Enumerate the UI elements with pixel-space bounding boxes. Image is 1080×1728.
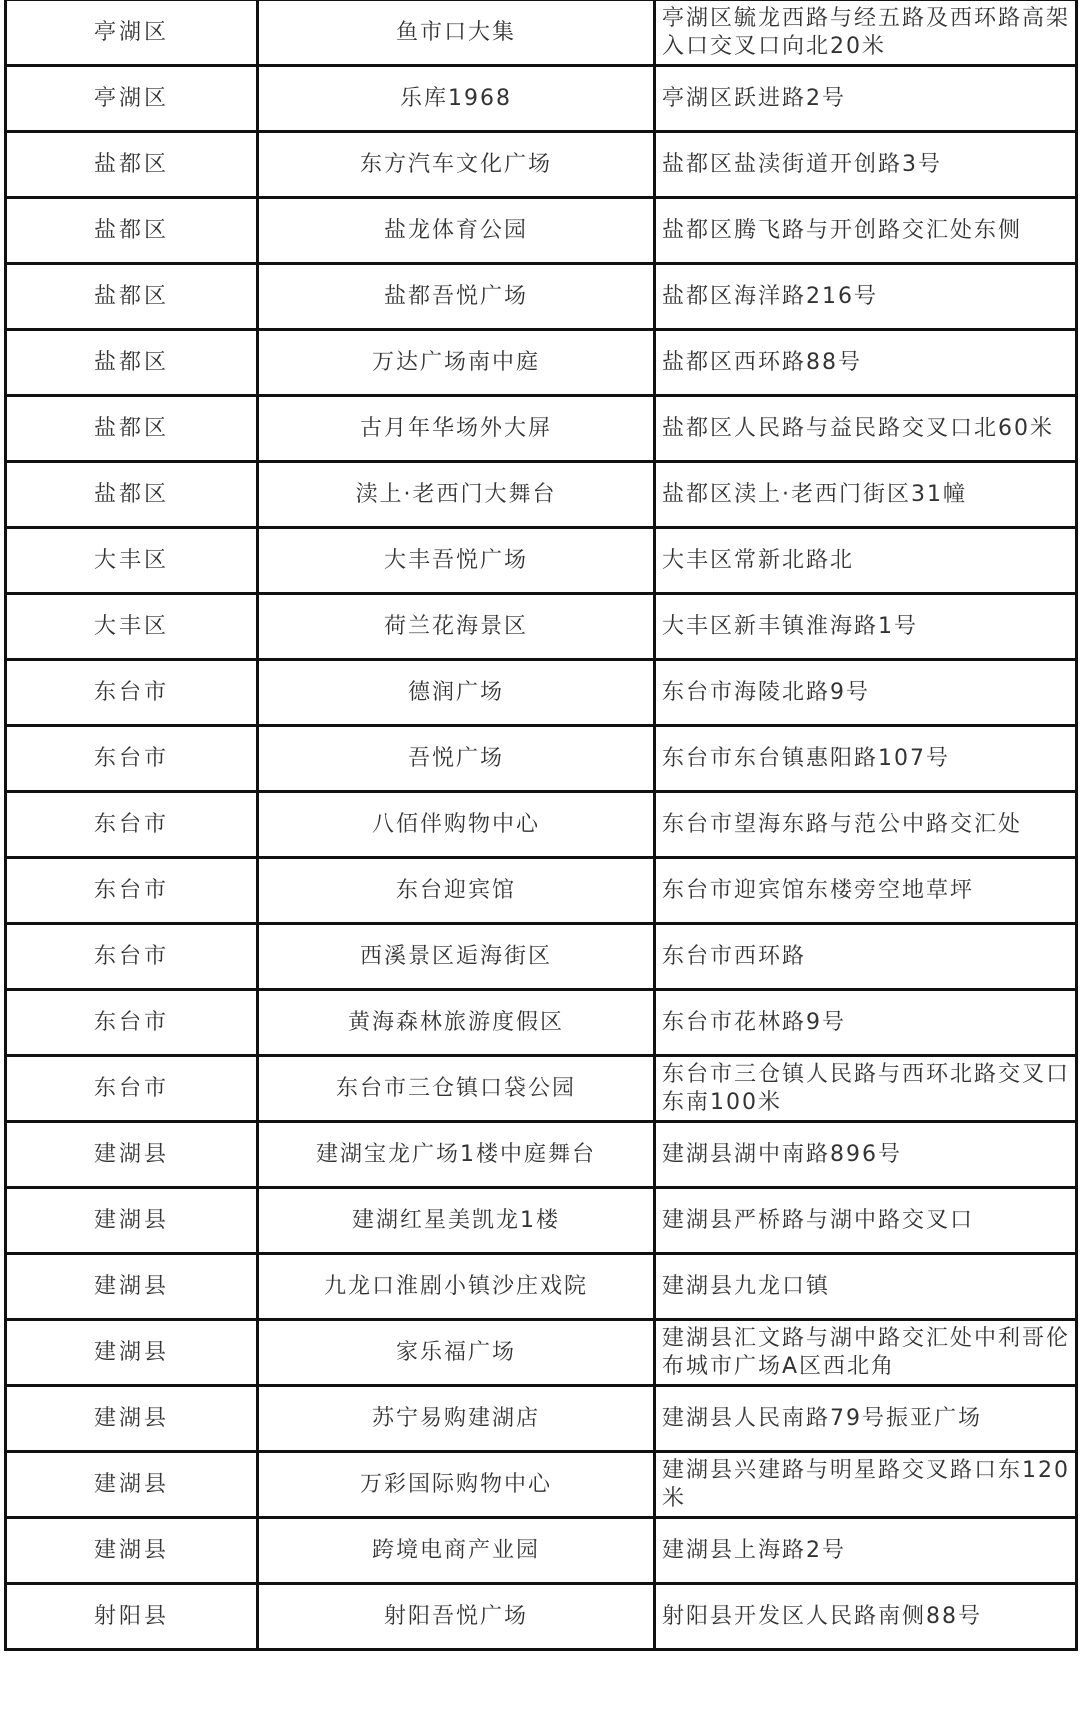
address-cell: 建湖县汇文路与湖中路交汇处中利哥伦布城市广场A区西北角 <box>655 1320 1077 1386</box>
table-row: 东台市 八佰伴购物中心 东台市望海东路与范公中路交汇处 <box>6 792 1077 858</box>
venue-cell: 乐库1968 <box>258 66 655 132</box>
address-cell: 建湖县上海路2号 <box>655 1518 1077 1584</box>
district-cell: 东台市 <box>6 858 258 924</box>
venue-cell: 东方汽车文化广场 <box>258 132 655 198</box>
district-cell: 盐都区 <box>6 462 258 528</box>
venue-cell: 九龙口淮剧小镇沙庄戏院 <box>258 1254 655 1320</box>
district-cell: 东台市 <box>6 726 258 792</box>
table-row: 射阳县 射阳吾悦广场 射阳县开发区人民路南侧88号 <box>6 1584 1077 1650</box>
district-cell: 盐都区 <box>6 330 258 396</box>
venue-table-body: 亭湖区 鱼市口大集 亭湖区毓龙西路与经五路及西环路高架入口交叉口向北20米 亭湖… <box>6 0 1077 1650</box>
table-row: 建湖县 建湖宝龙广场1楼中庭舞台 建湖县湖中南路896号 <box>6 1122 1077 1188</box>
table-row: 盐都区 古月年华场外大屏 盐都区人民路与益民路交叉口北60米 <box>6 396 1077 462</box>
table-row: 建湖县 建湖红星美凯龙1楼 建湖县严桥路与湖中路交叉口 <box>6 1188 1077 1254</box>
venue-cell: 万达广场南中庭 <box>258 330 655 396</box>
address-cell: 盐都区西环路88号 <box>655 330 1077 396</box>
address-cell: 东台市迎宾馆东楼旁空地草坪 <box>655 858 1077 924</box>
table-row: 东台市 西溪景区逅海街区 东台市西环路 <box>6 924 1077 990</box>
district-cell: 建湖县 <box>6 1122 258 1188</box>
venue-cell: 万彩国际购物中心 <box>258 1452 655 1518</box>
district-cell: 大丰区 <box>6 594 258 660</box>
table-row: 盐都区 东方汽车文化广场 盐都区盐渎街道开创路3号 <box>6 132 1077 198</box>
table-row: 东台市 东台迎宾馆 东台市迎宾馆东楼旁空地草坪 <box>6 858 1077 924</box>
table-row: 建湖县 家乐福广场 建湖县汇文路与湖中路交汇处中利哥伦布城市广场A区西北角 <box>6 1320 1077 1386</box>
table-row: 东台市 德润广场 东台市海陵北路9号 <box>6 660 1077 726</box>
venue-table: 亭湖区 鱼市口大集 亭湖区毓龙西路与经五路及西环路高架入口交叉口向北20米 亭湖… <box>4 0 1078 1651</box>
district-cell: 东台市 <box>6 990 258 1056</box>
address-cell: 建湖县人民南路79号振亚广场 <box>655 1386 1077 1452</box>
district-cell: 盐都区 <box>6 198 258 264</box>
district-cell: 射阳县 <box>6 1584 258 1650</box>
address-cell: 东台市东台镇惠阳路107号 <box>655 726 1077 792</box>
address-cell: 大丰区常新北路北 <box>655 528 1077 594</box>
venue-cell: 荷兰花海景区 <box>258 594 655 660</box>
address-cell: 大丰区新丰镇淮海路1号 <box>655 594 1077 660</box>
address-cell: 东台市西环路 <box>655 924 1077 990</box>
table-row: 盐都区 盐都吾悦广场 盐都区海洋路216号 <box>6 264 1077 330</box>
table-row: 东台市 吾悦广场 东台市东台镇惠阳路107号 <box>6 726 1077 792</box>
district-cell: 大丰区 <box>6 528 258 594</box>
venue-cell: 吾悦广场 <box>258 726 655 792</box>
address-cell: 东台市三仓镇人民路与西环北路交叉口东南100米 <box>655 1056 1077 1122</box>
table-row: 东台市 黄海森林旅游度假区 东台市花林路9号 <box>6 990 1077 1056</box>
venue-cell: 建湖红星美凯龙1楼 <box>258 1188 655 1254</box>
district-cell: 建湖县 <box>6 1386 258 1452</box>
district-cell: 建湖县 <box>6 1518 258 1584</box>
address-cell: 东台市花林路9号 <box>655 990 1077 1056</box>
venue-cell: 东台迎宾馆 <box>258 858 655 924</box>
venue-cell: 鱼市口大集 <box>258 0 655 66</box>
table-row: 盐都区 渎上·老西门大舞台 盐都区渎上·老西门街区31幢 <box>6 462 1077 528</box>
address-cell: 盐都区渎上·老西门街区31幢 <box>655 462 1077 528</box>
district-cell: 建湖县 <box>6 1320 258 1386</box>
venue-cell: 八佰伴购物中心 <box>258 792 655 858</box>
venue-cell: 家乐福广场 <box>258 1320 655 1386</box>
district-cell: 东台市 <box>6 792 258 858</box>
district-cell: 盐都区 <box>6 396 258 462</box>
district-cell: 东台市 <box>6 924 258 990</box>
table-row: 建湖县 跨境电商产业园 建湖县上海路2号 <box>6 1518 1077 1584</box>
address-cell: 盐都区腾飞路与开创路交汇处东侧 <box>655 198 1077 264</box>
venue-cell: 古月年华场外大屏 <box>258 396 655 462</box>
address-cell: 东台市望海东路与范公中路交汇处 <box>655 792 1077 858</box>
address-cell: 亭湖区跃进路2号 <box>655 66 1077 132</box>
address-cell: 建湖县严桥路与湖中路交叉口 <box>655 1188 1077 1254</box>
district-cell: 建湖县 <box>6 1188 258 1254</box>
district-cell: 亭湖区 <box>6 0 258 66</box>
address-cell: 建湖县兴建路与明星路交叉路口东120米 <box>655 1452 1077 1518</box>
table-row: 盐都区 万达广场南中庭 盐都区西环路88号 <box>6 330 1077 396</box>
venue-cell: 跨境电商产业园 <box>258 1518 655 1584</box>
address-cell: 盐都区海洋路216号 <box>655 264 1077 330</box>
table-row: 盐都区 盐龙体育公园 盐都区腾飞路与开创路交汇处东侧 <box>6 198 1077 264</box>
address-cell: 盐都区人民路与益民路交叉口北60米 <box>655 396 1077 462</box>
district-cell: 亭湖区 <box>6 66 258 132</box>
venue-cell: 射阳吾悦广场 <box>258 1584 655 1650</box>
district-cell: 建湖县 <box>6 1254 258 1320</box>
address-cell: 射阳县开发区人民路南侧88号 <box>655 1584 1077 1650</box>
district-cell: 盐都区 <box>6 264 258 330</box>
table-row: 大丰区 大丰吾悦广场 大丰区常新北路北 <box>6 528 1077 594</box>
venue-cell: 德润广场 <box>258 660 655 726</box>
address-cell: 盐都区盐渎街道开创路3号 <box>655 132 1077 198</box>
venue-cell: 苏宁易购建湖店 <box>258 1386 655 1452</box>
table-row: 亭湖区 鱼市口大集 亭湖区毓龙西路与经五路及西环路高架入口交叉口向北20米 <box>6 0 1077 66</box>
venue-cell: 盐龙体育公园 <box>258 198 655 264</box>
table-row: 建湖县 苏宁易购建湖店 建湖县人民南路79号振亚广场 <box>6 1386 1077 1452</box>
venue-cell: 渎上·老西门大舞台 <box>258 462 655 528</box>
district-cell: 盐都区 <box>6 132 258 198</box>
venue-cell: 大丰吾悦广场 <box>258 528 655 594</box>
venue-cell: 建湖宝龙广场1楼中庭舞台 <box>258 1122 655 1188</box>
table-row: 东台市 东台市三仓镇口袋公园 东台市三仓镇人民路与西环北路交叉口东南100米 <box>6 1056 1077 1122</box>
table-row: 亭湖区 乐库1968 亭湖区跃进路2号 <box>6 66 1077 132</box>
district-cell: 东台市 <box>6 1056 258 1122</box>
table-row: 建湖县 九龙口淮剧小镇沙庄戏院 建湖县九龙口镇 <box>6 1254 1077 1320</box>
address-cell: 建湖县九龙口镇 <box>655 1254 1077 1320</box>
district-cell: 建湖县 <box>6 1452 258 1518</box>
district-cell: 东台市 <box>6 660 258 726</box>
venue-cell: 盐都吾悦广场 <box>258 264 655 330</box>
table-row: 建湖县 万彩国际购物中心 建湖县兴建路与明星路交叉路口东120米 <box>6 1452 1077 1518</box>
venue-cell: 西溪景区逅海街区 <box>258 924 655 990</box>
address-cell: 亭湖区毓龙西路与经五路及西环路高架入口交叉口向北20米 <box>655 0 1077 66</box>
address-cell: 东台市海陵北路9号 <box>655 660 1077 726</box>
venue-cell: 黄海森林旅游度假区 <box>258 990 655 1056</box>
table-row: 大丰区 荷兰花海景区 大丰区新丰镇淮海路1号 <box>6 594 1077 660</box>
address-cell: 建湖县湖中南路896号 <box>655 1122 1077 1188</box>
venue-cell: 东台市三仓镇口袋公园 <box>258 1056 655 1122</box>
